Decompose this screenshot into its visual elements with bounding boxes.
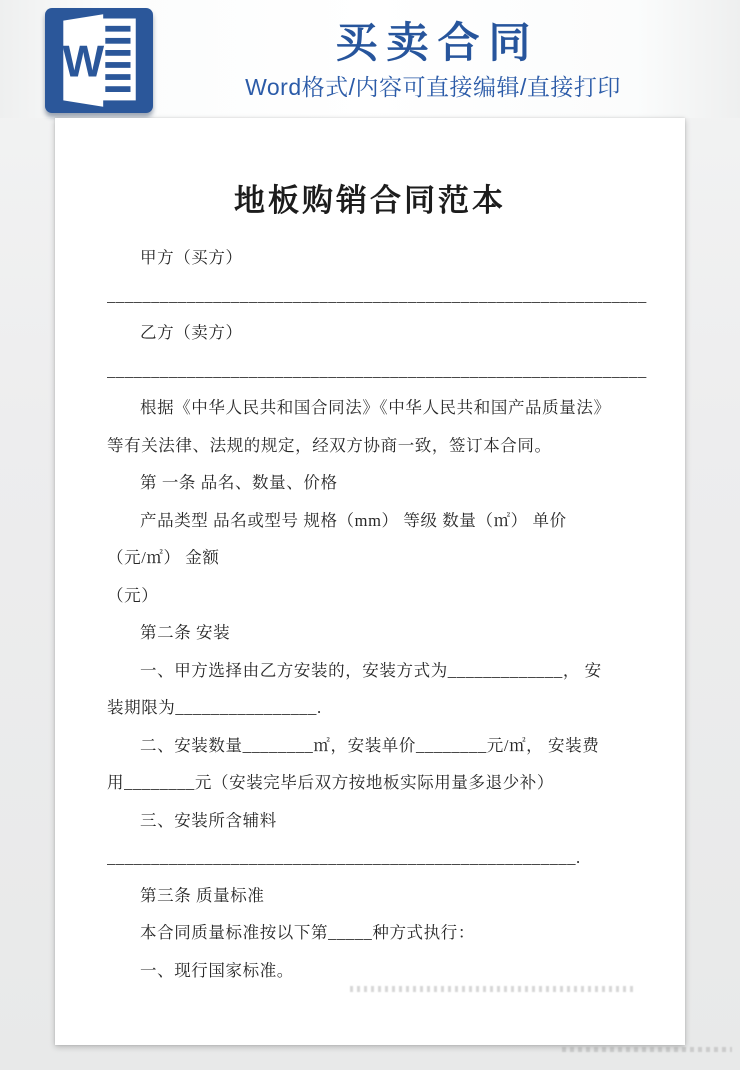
doc-line: ________________________________________… [107,839,675,877]
doc-line: 三、安装所含辅料 [107,802,675,840]
doc-line: 第 一条 品名、数量、价格 [107,464,675,502]
doc-line: ________________________________________… [107,352,675,390]
doc-line: 等有关法律、法规的规定，经双方协商一致，签订本合同。 [107,427,675,465]
doc-line: 装期限为________________. [107,689,675,727]
word-icon-graphic: W [45,8,153,113]
page-subtitle: Word格式/内容可直接编辑/直接打印 [245,73,621,101]
corner-watermark [562,1047,732,1052]
document-body: 甲方（买方）__________________________________… [55,239,685,989]
word-icon: W [45,8,153,113]
word-icon-letter: W [62,37,104,86]
doc-line: ________________________________________… [107,277,675,315]
doc-line: 一、现行国家标准。 [107,952,675,990]
doc-line: 用________元（安装完毕后双方按地板实际用量多退少补） [107,764,675,802]
document-title: 地板购销合同范本 [55,180,685,222]
document-page: 地板购销合同范本 甲方（买方）_________________________… [55,118,685,1045]
doc-line: 乙方（卖方） [107,314,675,352]
header-text-block: 买卖合同 Word格式/内容可直接编辑/直接打印 [153,0,713,118]
doc-line: 产品类型 品名或型号 规格（mm） 等级 数量（㎡） 单价 [107,502,675,540]
header: W 买卖合同 Word格式/内容可直接编辑/直接打印 [0,0,740,118]
doc-line: 第二条 安装 [107,614,675,652]
faint-watermark [350,986,635,992]
doc-line: （元） [107,577,675,615]
doc-line: 第三条 质量标准 [107,877,675,915]
doc-line: 二、安装数量________㎡，安装单价________元/㎡， 安装费 [107,727,675,765]
doc-line: 根据《中华人民共和国合同法》《中华人民共和国产品质量法》 [107,389,675,427]
doc-line: 甲方（买方） [107,239,675,277]
doc-line: 一、甲方选择由乙方安装的，安装方式为_____________， 安 [107,652,675,690]
doc-line: 本合同质量标准按以下第_____种方式执行： [107,914,675,952]
doc-line: （元/㎡） 金额 [107,539,675,577]
page-title: 买卖合同 [326,20,539,66]
